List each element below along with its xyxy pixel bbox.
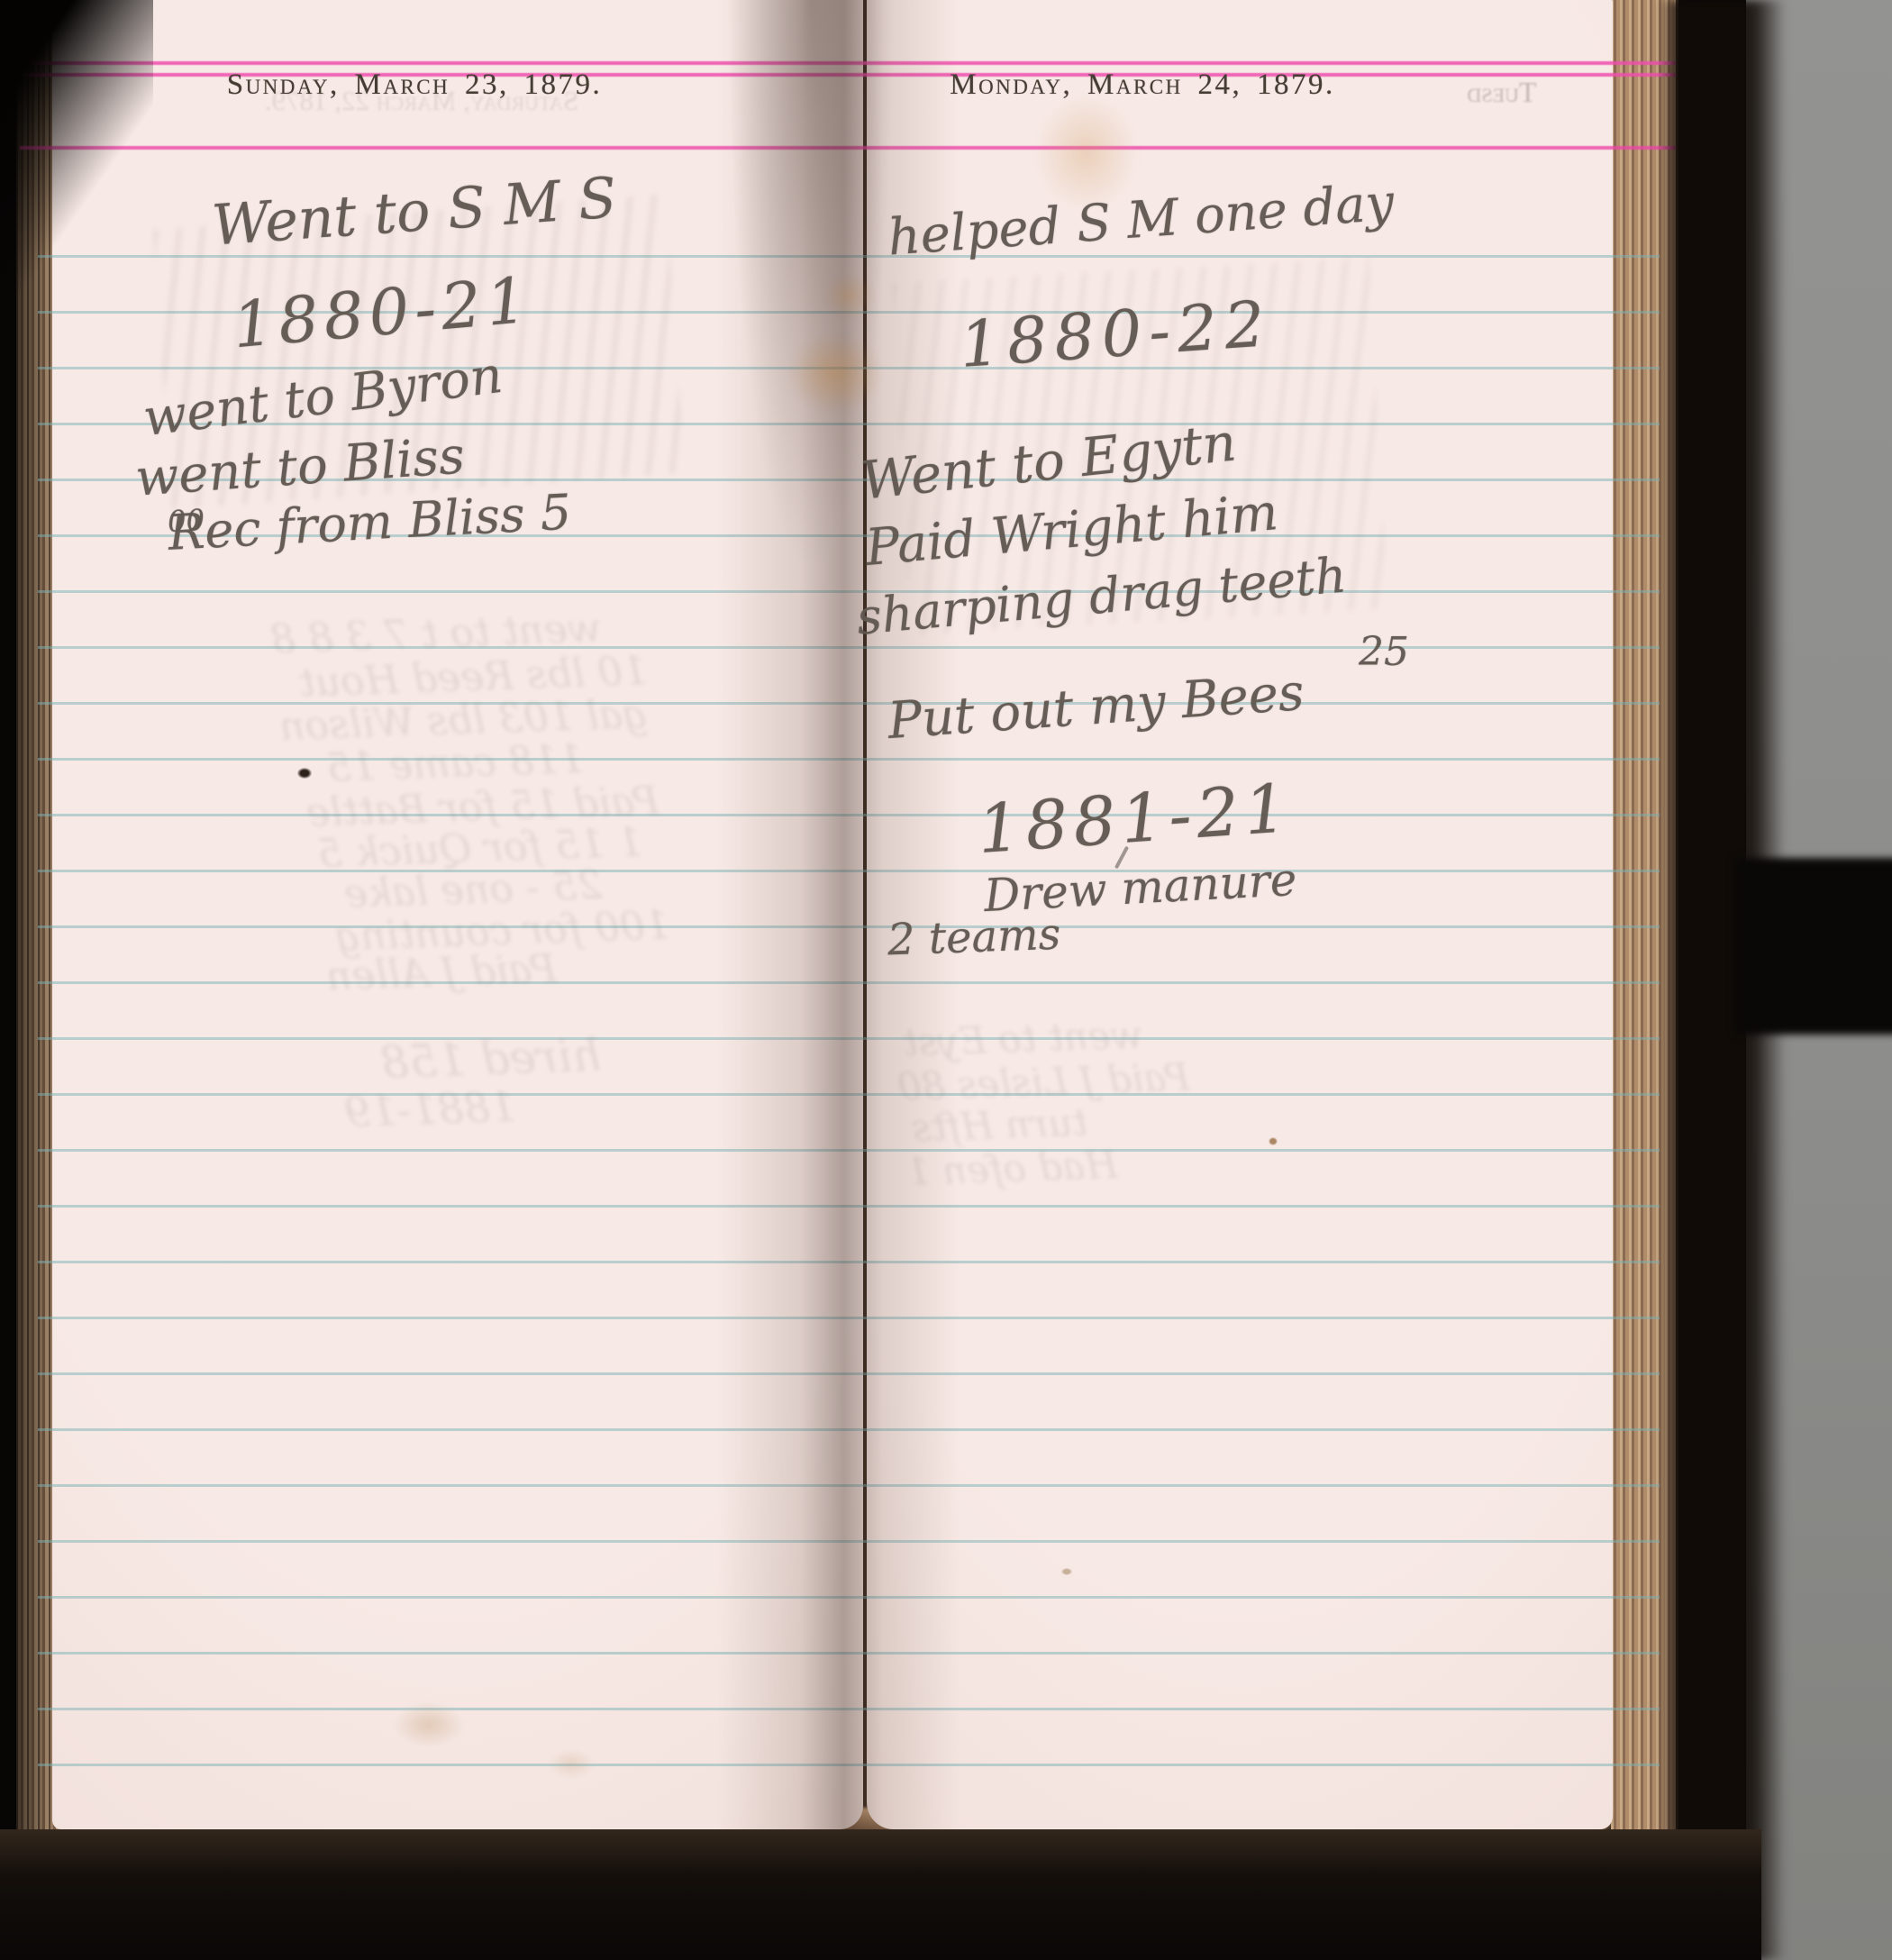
top-left-scan-shadow — [0, 0, 153, 306]
speck-right-page — [1269, 1137, 1278, 1145]
stain-near-fold-small — [811, 263, 887, 328]
bleedthrough-line: Had ofen 1 — [905, 1143, 1118, 1194]
ink-speck — [297, 768, 312, 779]
left-page-date-heading: Sunday, March 23, 1879. — [216, 68, 613, 110]
bleedthrough-line: 1881-19 — [343, 1082, 517, 1137]
book-closure-strap — [1734, 858, 1892, 1035]
speck-right-page-2 — [1061, 1568, 1072, 1575]
bleedthrough-line: Paid J Allen — [325, 946, 558, 1000]
stain-left-page-bottom — [378, 1692, 479, 1757]
entry-amount-25: 25 — [1359, 629, 1409, 675]
bleedthrough-header-tuesday: Tuesd — [1398, 76, 1605, 109]
right-page-date-heading: Monday, March 24, 1879. — [944, 68, 1341, 110]
stain-left-page-bottom-2 — [539, 1743, 604, 1784]
entry-amount-superscript: 00 — [167, 503, 205, 539]
entry-2-teams: 2 teams — [887, 909, 1061, 966]
diary-scan: Saturday, March 22, 1879. Tuesd went to … — [0, 0, 1892, 1960]
bleedthrough-line: turn Hfts — [911, 1100, 1088, 1151]
bleedthrough-line: hired 158 — [379, 1029, 602, 1089]
stain-near-fold — [768, 315, 903, 431]
bottom-cover-shadow — [0, 1829, 1761, 1960]
